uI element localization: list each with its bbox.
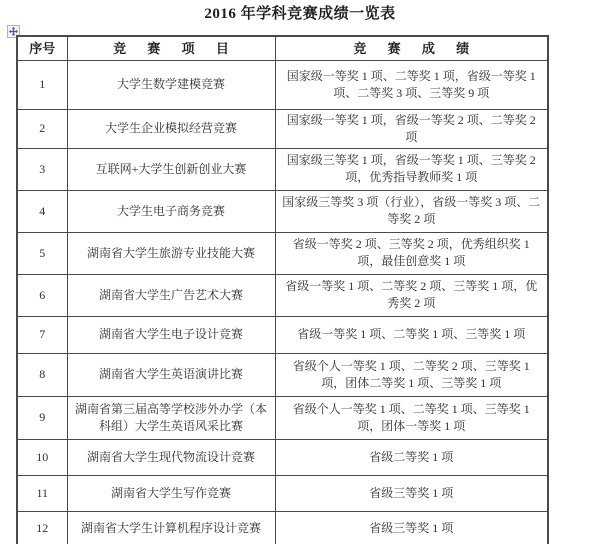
row-project: 湖南省大学生英语演讲比赛 <box>67 353 275 396</box>
row-result: 省级一等奖 1 项、二等奖 1 项、三等奖 1 项 <box>275 316 548 353</box>
table-row: 9 湖南省第三届高等学校涉外办学（本科组）大学生英语风采比赛 省级个人一等奖 1… <box>17 396 548 439</box>
row-number: 5 <box>17 232 67 274</box>
row-number: 9 <box>17 396 67 439</box>
row-number: 1 <box>17 60 67 109</box>
row-result: 国家级三等奖 3 项（行业），省级一等奖 3 项、二等奖 2 项 <box>275 190 548 232</box>
row-project: 大学生电子商务竞赛 <box>67 190 275 232</box>
row-result: 国家级一等奖 1 项，省级一等奖 2 项、二等奖 2 项 <box>275 109 548 148</box>
row-project: 湖南省大学生旅游专业技能大赛 <box>67 232 275 274</box>
row-project: 互联网+大学生创新创业大赛 <box>67 148 275 190</box>
row-number: 12 <box>17 511 67 544</box>
header-number: 序号 <box>17 36 67 60</box>
table-row: 11 湖南省大学生写作竞赛 省级三等奖 1 项 <box>17 475 548 511</box>
table-row: 10 湖南省大学生现代物流设计竞赛 省级二等奖 1 项 <box>17 439 548 475</box>
table-row: 6 湖南省大学生广告艺术大赛 省级一等奖 1 项、二等奖 2 项、三等奖 1 项… <box>17 274 548 316</box>
row-number: 4 <box>17 190 67 232</box>
row-result: 国家级一等奖 1 项、二等奖 1 项，省级一等奖 1 项、二等奖 3 项、三等奖… <box>275 60 548 109</box>
table-row: 4 大学生电子商务竞赛 国家级三等奖 3 项（行业），省级一等奖 3 项、二等奖… <box>17 190 548 232</box>
table-row: 1 大学生数学建模竞赛 国家级一等奖 1 项、二等奖 1 项，省级一等奖 1 项… <box>17 60 548 109</box>
row-project: 湖南省大学生现代物流设计竞赛 <box>67 439 275 475</box>
table-row: 7 湖南省大学生电子设计竞赛 省级一等奖 1 项、二等奖 1 项、三等奖 1 项 <box>17 316 548 353</box>
row-project: 湖南省大学生广告艺术大赛 <box>67 274 275 316</box>
row-result: 省级三等奖 1 项 <box>275 511 548 544</box>
row-result: 国家级三等奖 1 项，省级一等奖 1 项、三等奖 2 项，优秀指导教师奖 1 项 <box>275 148 548 190</box>
row-project: 湖南省大学生写作竞赛 <box>67 475 275 511</box>
table-row: 2 大学生企业模拟经营竞赛 国家级一等奖 1 项，省级一等奖 2 项、二等奖 2… <box>17 109 548 148</box>
header-result: 竞 赛 成 绩 <box>275 36 548 60</box>
row-result: 省级个人一等奖 1 项、二等奖 2 项、三等奖 1 项，团体二等奖 1 项、三等… <box>275 353 548 396</box>
row-result: 省级三等奖 1 项 <box>275 475 548 511</box>
row-number: 11 <box>17 475 67 511</box>
row-number: 3 <box>17 148 67 190</box>
row-result: 省级个人一等奖 1 项、二等奖 1 项、三等奖 1 项，团体一等奖 1 项 <box>275 396 548 439</box>
table-row: 12 湖南省大学生计算机程序设计竞赛 省级三等奖 1 项 <box>17 511 548 544</box>
page-title: 2016 年学科竞赛成绩一览表 <box>0 2 600 23</box>
row-number: 7 <box>17 316 67 353</box>
document-page: 2016 年学科竞赛成绩一览表 序号 竞 赛 项 目 竞 赛 成 绩 1 大学生… <box>0 0 600 544</box>
row-result: 省级一等奖 1 项、二等奖 2 项、三等奖 1 项，优秀奖 2 项 <box>275 274 548 316</box>
row-project: 湖南省第三届高等学校涉外办学（本科组）大学生英语风采比赛 <box>67 396 275 439</box>
row-number: 8 <box>17 353 67 396</box>
row-project: 湖南省大学生电子设计竞赛 <box>67 316 275 353</box>
row-project: 大学生企业模拟经营竞赛 <box>67 109 275 148</box>
table-header-row: 序号 竞 赛 项 目 竞 赛 成 绩 <box>17 36 548 60</box>
row-number: 2 <box>17 109 67 148</box>
table-row: 8 湖南省大学生英语演讲比赛 省级个人一等奖 1 项、二等奖 2 项、三等奖 1… <box>17 353 548 396</box>
row-result: 省级二等奖 1 项 <box>275 439 548 475</box>
row-project: 湖南省大学生计算机程序设计竞赛 <box>67 511 275 544</box>
table-row: 5 湖南省大学生旅游专业技能大赛 省级一等奖 2 项、三等奖 2 项，优秀组织奖… <box>17 232 548 274</box>
row-number: 10 <box>17 439 67 475</box>
table-row: 3 互联网+大学生创新创业大赛 国家级三等奖 1 项，省级一等奖 1 项、三等奖… <box>17 148 548 190</box>
header-project: 竞 赛 项 目 <box>67 36 275 60</box>
row-result: 省级一等奖 2 项、三等奖 2 项，优秀组织奖 1 项，最佳创意奖 1 项 <box>275 232 548 274</box>
competition-results-table: 序号 竞 赛 项 目 竞 赛 成 绩 1 大学生数学建模竞赛 国家级一等奖 1 … <box>16 35 549 544</box>
row-project: 大学生数学建模竞赛 <box>67 60 275 109</box>
row-number: 6 <box>17 274 67 316</box>
